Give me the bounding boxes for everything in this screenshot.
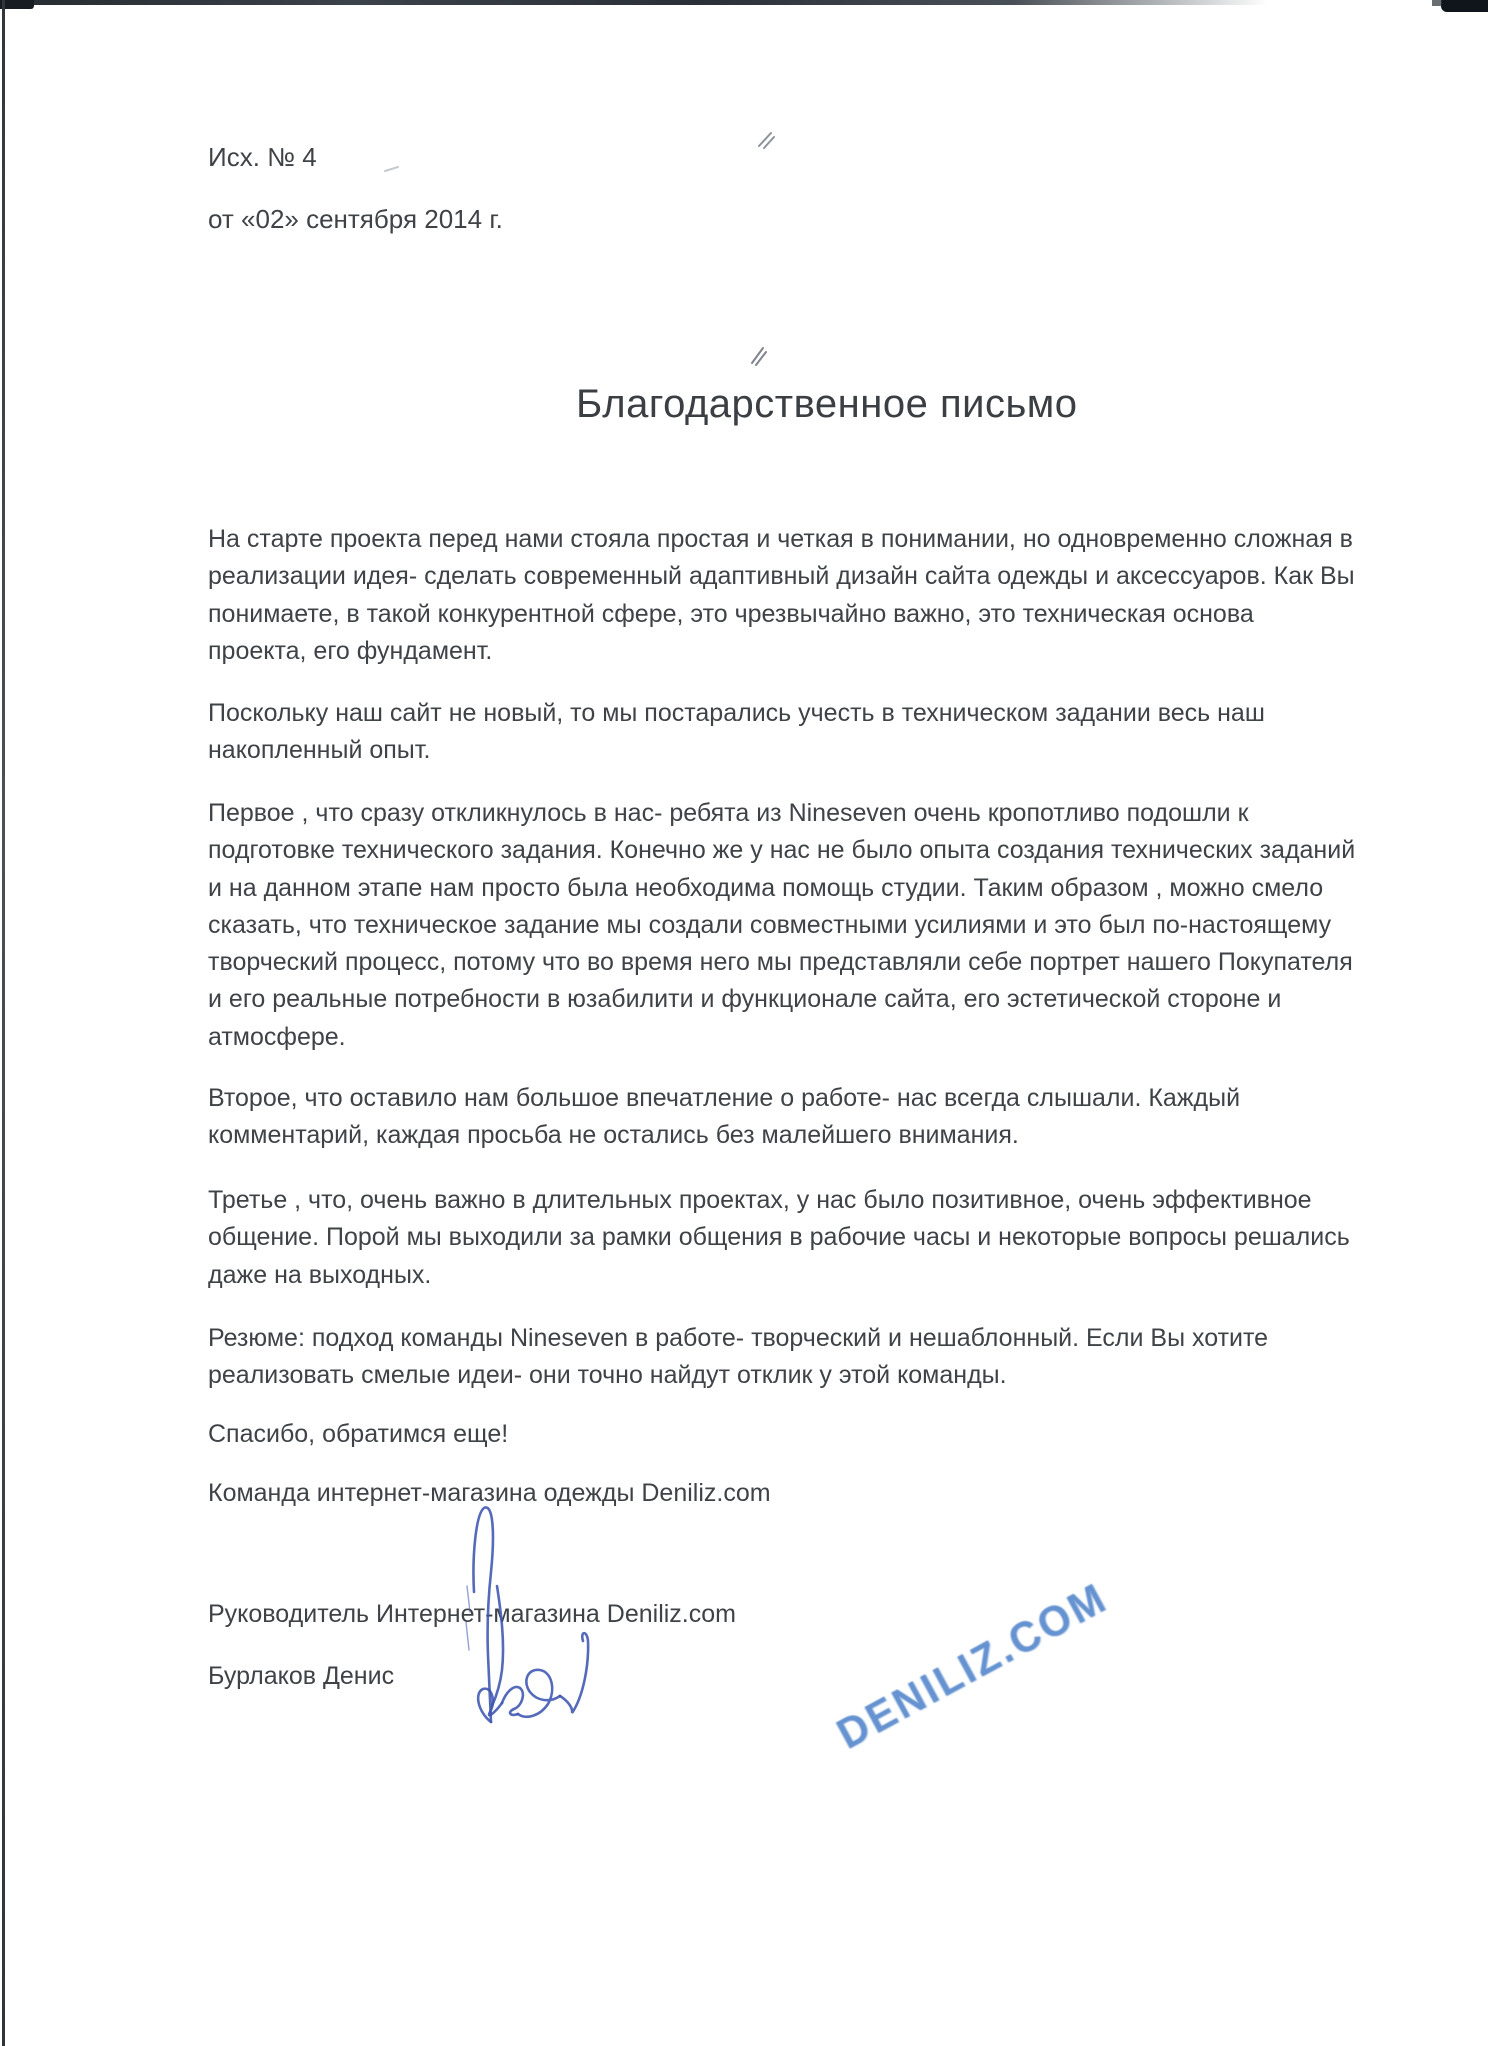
signer-name-line: Бурлаков Денис — [208, 1658, 1358, 1695]
letter-title: Благодарственное письмо — [576, 380, 1078, 428]
scanned-letter-page: Исх. № 4 от «02» сентября 2014 г. Благод… — [0, 0, 1488, 2046]
paragraph-experience: Поскольку наш сайт не новый, то мы поста… — [208, 695, 1358, 770]
paragraph-third-point: Третье , что, очень важно в длительных п… — [208, 1182, 1358, 1294]
paragraph-first-point: Первое , что сразу откликнулось в нас- р… — [208, 795, 1358, 1056]
letter-date-line: от «02» сентября 2014 г. — [208, 201, 503, 238]
pen-mark-faint-icon — [384, 164, 400, 174]
team-line: Команда интернет-магазина одежды Deniliz… — [208, 1475, 1358, 1512]
handwritten-signature — [460, 1500, 600, 1730]
pen-mark-icon — [748, 344, 770, 368]
paragraph-intro: На старте проекта перед нами стояла прос… — [208, 521, 1358, 670]
paragraph-second-point: Второе, что оставило нам большое впечатл… — [208, 1080, 1358, 1155]
scan-edge-top — [0, 0, 1268, 5]
paragraph-summary: Резюме: подход команды Nineseven в работ… — [208, 1320, 1358, 1395]
pen-mark-icon — [755, 128, 779, 152]
scan-edge-left — [2, 0, 5, 2046]
scan-edge-top-left-blob — [0, 0, 34, 9]
closing-line: Спасибо, обратимся еще! — [208, 1416, 1358, 1453]
signer-role-line: Руководитель Интернет-магазина Deniliz.c… — [208, 1596, 1358, 1633]
scan-corner-top-right — [1441, 0, 1488, 12]
outgoing-ref-number: Исх. № 4 — [208, 139, 317, 176]
